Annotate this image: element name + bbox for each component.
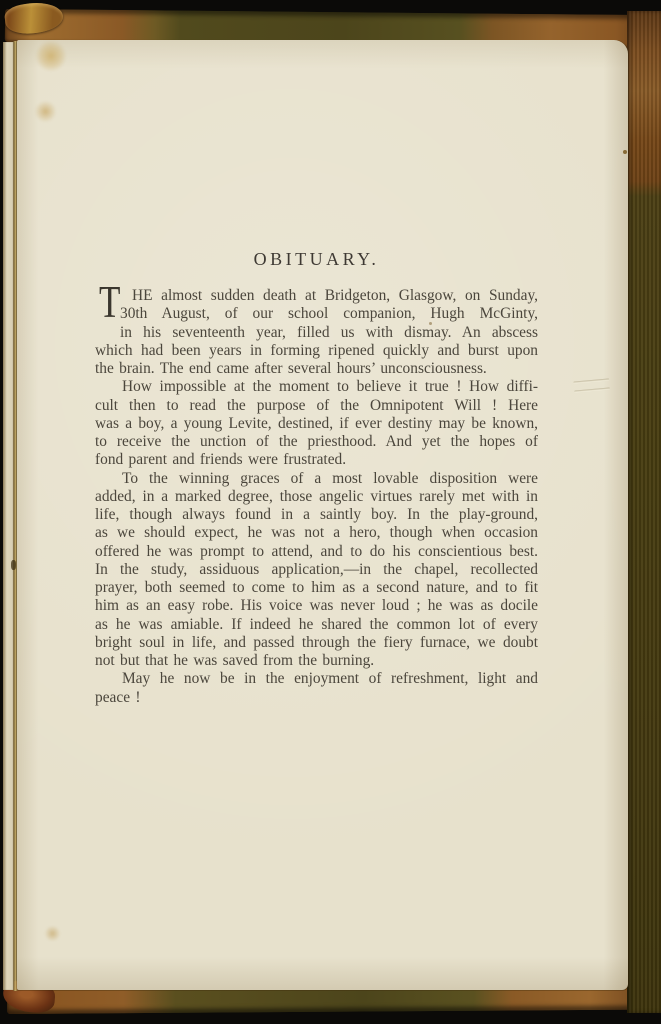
text-line: 30th August, of our school companion, Hu… <box>95 305 538 323</box>
text-line: to receive the unction of the priesthood… <box>95 433 538 451</box>
text-line: him as an easy robe. His voice was never… <box>95 597 538 615</box>
book-page: OBITUARY. THE almost sudden death at Bri… <box>17 40 628 990</box>
paragraph: How impossible at the moment to believe … <box>95 378 538 469</box>
text-line: To the winning graces of a most lovable … <box>95 470 538 488</box>
text-line: added, in a marked degree, those angelic… <box>95 488 538 506</box>
paragraph: To the winning graces of a most lovable … <box>95 470 538 671</box>
text-line: which had been years in forming ripened … <box>95 342 538 360</box>
scuff-mark <box>573 378 610 399</box>
text-line: life, though always found in a saintly b… <box>95 506 538 524</box>
text-line: was a boy, a young Levite, destined, if … <box>95 415 538 433</box>
foxing-stain <box>44 926 61 941</box>
text-line: In the study, assiduous application,—in … <box>95 561 538 579</box>
text-line: as we should expect, he was not a hero, … <box>95 524 538 542</box>
page-content: OBITUARY. THE almost sudden death at Bri… <box>95 250 538 707</box>
text-line: prayer, both seemed to come to him as a … <box>95 579 538 597</box>
drop-cap: T <box>99 280 120 325</box>
page-title: OBITUARY. <box>95 250 538 269</box>
text-line: not but that he was saved from the burni… <box>95 652 538 670</box>
obituary-text: THE almost sudden death at Bridgeton, Gl… <box>95 287 538 707</box>
gutter-speck <box>11 560 16 570</box>
text-line: fond parent and friends were frustrated. <box>95 451 538 469</box>
book-scan: OBITUARY. THE almost sudden death at Bri… <box>0 0 661 1024</box>
text-line: in his seventeenth year, filled us with … <box>95 324 538 342</box>
text-line: the brain. The end came after several ho… <box>95 360 538 378</box>
paragraph: THE almost sudden death at Bridgeton, Gl… <box>95 287 538 378</box>
foxing-stain <box>34 101 57 122</box>
text-line: peace ! <box>95 689 538 707</box>
ink-speck <box>623 150 627 154</box>
text-line: May he now be in the enjoyment of refres… <box>95 670 538 688</box>
book-cover-right <box>627 11 661 1013</box>
foxing-stain <box>35 41 67 71</box>
text-line: How impossible at the moment to believe … <box>95 378 538 396</box>
paragraph: May he now be in the enjoyment of refres… <box>95 670 538 707</box>
text-line: as he was amiable. If indeed he shared t… <box>95 616 538 634</box>
text-line: bright soul in life, and passed through … <box>95 634 538 652</box>
text-line: cult then to read the purpose of the Omn… <box>95 397 538 415</box>
text-line: offered he was prompt to attend, and to … <box>95 543 538 561</box>
text-line: HE almost sudden death at Bridgeton, Gla… <box>95 287 538 305</box>
